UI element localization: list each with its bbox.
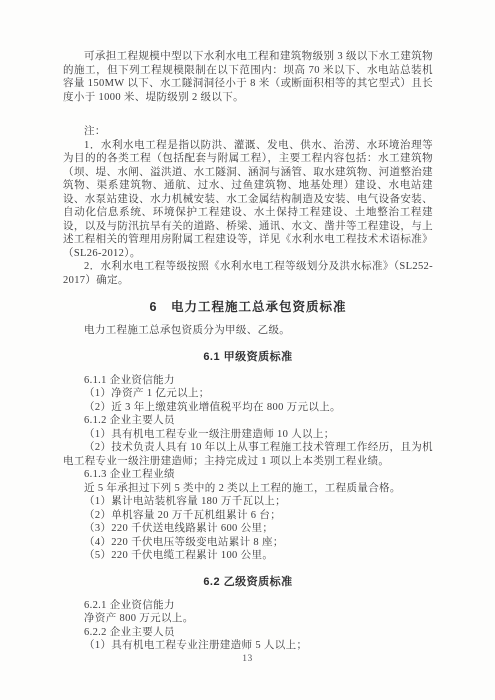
clause-621-text: 净资产 800 万元以上。: [63, 612, 433, 626]
clause-613-item: （1）累计电站装机容量 180 万千瓦以上；: [63, 495, 433, 509]
clause-611-item: （2）近 3 年上缴建筑业增值税平均在 800 万元以上。: [63, 401, 433, 415]
clause-621-title: 6.2.1 企业资信能力: [63, 599, 433, 613]
clause-613-item: （3）220 千伏送电线路累计 600 公里；: [63, 522, 433, 536]
notes-label: 注：: [63, 125, 433, 139]
clause-612-title: 6.1.2 企业主要人员: [63, 414, 433, 428]
note-item-2: 2．水利水电工程等级按照《水利水电工程等级划分及洪水标准》（SL252-2017…: [63, 260, 433, 287]
document-page: 可承担工程规模中型以下水利水电工程和建筑物级别 3 级以下水工建筑物的施工，但下…: [0, 0, 495, 700]
clause-613-item: （4）220 千伏电压等级变电站累计 8 座；: [63, 536, 433, 550]
section-6-2-heading: 6.2 乙级资质标准: [63, 575, 433, 589]
clause-613-intro: 近 5 年承担过下列 5 类中的 2 类以上工程的施工，工程质量合格。: [63, 482, 433, 496]
clause-613-item: （5）220 千伏电缆工程累计 100 公里。: [63, 549, 433, 563]
clause-622-title: 6.2.2 企业主要人员: [63, 626, 433, 640]
clause-612-item: （2）技术负责人具有 10 年以上从事工程施工技术管理工作经历，且为机电工程专业…: [63, 441, 433, 468]
clause-612-item: （1）具有机电工程专业一级注册建造师 10 人以上；: [63, 428, 433, 442]
page-number: 13: [0, 654, 495, 664]
clause-613-item: （2）单机容量 20 万千瓦机组累计 6 台；: [63, 509, 433, 523]
notes-section: 注： 1．水利水电工程是指以防洪、灌溉、发电、供水、治涝、水环境治理等为目的的各…: [63, 125, 433, 287]
section-6-intro: 电力工程施工总承包资质分为甲级、乙级。: [63, 324, 433, 338]
section-6-heading: 6 电力工程施工总承包资质标准: [63, 299, 433, 315]
clause-622-item: （1）具有机电工程专业注册建造师 5 人以上；: [63, 639, 433, 653]
intro-paragraph: 可承担工程规模中型以下水利水电工程和建筑物级别 3 级以下水工建筑物的施工，但下…: [63, 50, 433, 104]
section-6-1-heading: 6.1 甲级资质标准: [63, 350, 433, 364]
clause-613-title: 6.1.3 企业工程业绩: [63, 468, 433, 482]
note-item-1: 1．水利水电工程是指以防洪、灌溉、发电、供水、治涝、水环境治理等为目的的各类工程…: [63, 139, 433, 261]
clause-611-title: 6.1.1 企业资信能力: [63, 374, 433, 388]
clause-611-item: （1）净资产 1 亿元以上；: [63, 387, 433, 401]
